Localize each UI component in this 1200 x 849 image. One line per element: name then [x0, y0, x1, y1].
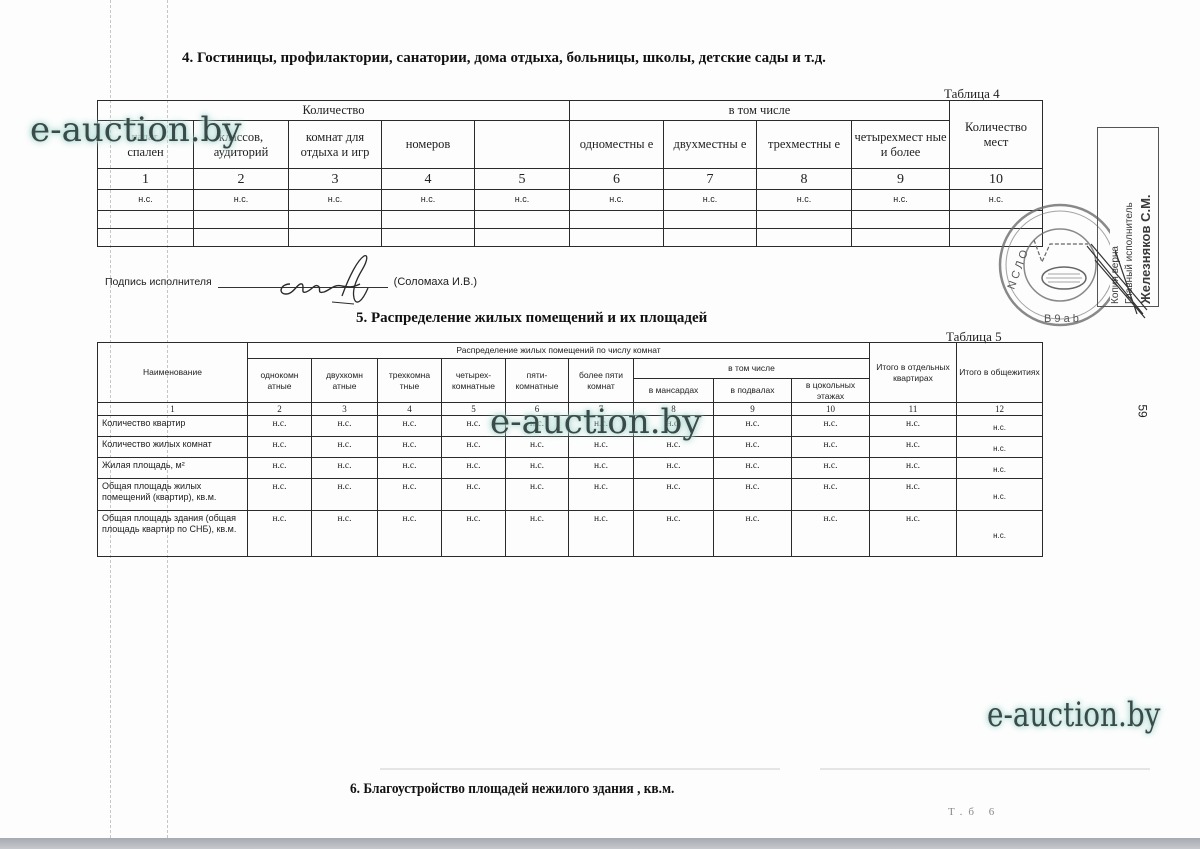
scanned-document-page: 4. Гостиницы, профилактории, санатории, …: [0, 0, 1200, 838]
table-cell: н.с.: [714, 458, 792, 479]
section-6-title: 6. Благоустройство площадей нежилого зда…: [350, 781, 674, 798]
col-number: 3: [289, 169, 382, 190]
table-5: Наименование Распределение жилых помещен…: [97, 342, 1043, 557]
table-cell: н.с.: [312, 416, 378, 437]
table-cell: н.с.: [957, 511, 1043, 557]
table-cell: [475, 211, 570, 229]
svg-text:B 9 a b: B 9 a b: [1044, 313, 1079, 325]
table-cell: н.с.: [870, 416, 957, 437]
table-cell: н.с.: [194, 190, 289, 211]
header-name: Наименование: [98, 343, 248, 403]
table-cell: н.с.: [312, 458, 378, 479]
col-number: 9: [852, 169, 950, 190]
table-cell: н.с.: [442, 479, 506, 511]
table-cell: н.с.: [506, 511, 569, 557]
header-col8-attics: в мансардах: [634, 379, 714, 403]
table-cell: н.с.: [248, 511, 312, 557]
svg-text:N С Л О: N С Л О: [1006, 248, 1031, 291]
table-cell: н.с.: [957, 416, 1043, 437]
table-cell: н.с.: [757, 190, 852, 211]
header-col6-five-room: пяти- комнатные: [506, 359, 569, 403]
page-number: 59: [1136, 404, 1150, 417]
section-5-title: 5. Распределение жилых помещений и их пл…: [356, 310, 707, 327]
table-cell: н.с.: [957, 437, 1043, 458]
col-number: 1: [98, 403, 248, 416]
table-cell: [570, 211, 664, 229]
signature-name: (Соломаха И.В.): [394, 276, 477, 288]
header-col8-triple: трехместны е: [757, 121, 852, 169]
header-col2-one-room: однокомн атные: [248, 359, 312, 403]
table-cell: н.с.: [852, 190, 950, 211]
certification-signature-icon: [1085, 240, 1155, 320]
col-number: 9: [714, 403, 792, 416]
row-label: Общая площадь жилых помещений (квартир),…: [98, 479, 248, 511]
header-col7-double: двухместны е: [664, 121, 757, 169]
table-cell: н.с.: [714, 479, 792, 511]
col-number: 11: [870, 403, 957, 416]
header-including-group: в том числе: [570, 101, 950, 121]
header-including-group: в том числе: [634, 359, 870, 379]
table-cell: [382, 211, 475, 229]
table-cell: н.с.: [792, 511, 870, 557]
table-cell: [194, 211, 289, 229]
table-cell: н.с.: [570, 190, 664, 211]
table-6-caption-partial: Т.б 6: [948, 806, 1000, 818]
table-cell: н.с.: [569, 458, 634, 479]
header-col9-quad-plus: четырехмест ные и более: [852, 121, 950, 169]
table-cell: н.с.: [634, 511, 714, 557]
table-cell: н.с.: [634, 458, 714, 479]
table-cell: н.с.: [569, 479, 634, 511]
table-cell: н.с.: [792, 437, 870, 458]
table-cell: н.с.: [957, 458, 1043, 479]
col-number: 6: [570, 169, 664, 190]
table-cell: [194, 229, 289, 247]
table-cell: [757, 211, 852, 229]
table-row: Общая площадь здания (общая площадь квар…: [98, 511, 1043, 557]
table-cell: н.с.: [870, 479, 957, 511]
table-cell: н.с.: [312, 479, 378, 511]
table-cell: н.с.: [312, 437, 378, 458]
table-cell: [664, 229, 757, 247]
col-number: 12: [957, 403, 1043, 416]
table-cell: н.с.: [870, 511, 957, 557]
header-col10-places: Количество мест: [950, 101, 1043, 169]
table-cell: н.с.: [378, 437, 442, 458]
table-cell: н.с.: [248, 437, 312, 458]
col-number: 2: [248, 403, 312, 416]
header-col9-basements: в подвалах: [714, 379, 792, 403]
col-number: 3: [312, 403, 378, 416]
row-label: Жилая площадь, м²: [98, 458, 248, 479]
table-cell: [98, 229, 194, 247]
table-cell: н.с.: [442, 458, 506, 479]
table-4-column-numbers: 1 2 3 4 5 6 7 8 9 10: [98, 169, 1043, 190]
row-label: Общая площадь здания (общая площадь квар…: [98, 511, 248, 557]
header-col3-two-room: двухкомн атные: [312, 359, 378, 403]
table-cell: н.с.: [714, 416, 792, 437]
table-cell: н.с.: [378, 416, 442, 437]
col-number: 5: [475, 169, 570, 190]
watermark: e-auction.by: [30, 110, 242, 150]
table-row: Жилая площадь, м²н.с.н.с.н.с.н.с.н.с.н.с…: [98, 458, 1043, 479]
header-col3-rest-rooms: комнат для отдыха и игр: [289, 121, 382, 169]
table-cell: [664, 211, 757, 229]
handwritten-signature-icon: [272, 254, 382, 314]
table-cell: [382, 229, 475, 247]
table-cell: н.с.: [506, 479, 569, 511]
table-cell: н.с.: [714, 437, 792, 458]
section-4-title: 4. Гостиницы, профилактории, санатории, …: [182, 50, 826, 67]
header-col4-suites: номеров: [382, 121, 475, 169]
header-col12-total-dormitories: Итого в общежитиях: [957, 343, 1043, 403]
table-cell: н.с.: [569, 511, 634, 557]
table-cell: [289, 229, 382, 247]
header-col6-single: одноместны е: [570, 121, 664, 169]
col-number: 10: [792, 403, 870, 416]
table-cell: [757, 229, 852, 247]
row-label: Количество квартир: [98, 416, 248, 437]
table-cell: н.с.: [870, 437, 957, 458]
table-row: н.с. н.с. н.с. н.с. н.с. н.с. н.с. н.с. …: [98, 190, 1043, 211]
table-cell: [570, 229, 664, 247]
table-cell: н.с.: [792, 479, 870, 511]
col-number: 2: [194, 169, 289, 190]
header-col5-empty: [475, 121, 570, 169]
col-number: 10: [950, 169, 1043, 190]
table-cell: н.с.: [378, 458, 442, 479]
col-number: 7: [664, 169, 757, 190]
scan-noise: [820, 768, 1150, 770]
table-cell: н.с.: [870, 458, 957, 479]
table-cell: [852, 211, 950, 229]
col-number: 4: [382, 169, 475, 190]
table-cell: н.с.: [289, 190, 382, 211]
table-cell: н.с.: [382, 190, 475, 211]
table-cell: [852, 229, 950, 247]
watermark: e-auction.by: [987, 695, 1160, 735]
table-row: [98, 229, 1043, 247]
table-cell: н.с.: [664, 190, 757, 211]
table-cell: н.с.: [792, 458, 870, 479]
table-cell: н.с.: [378, 479, 442, 511]
header-col4-three-room: трехкомна тные: [378, 359, 442, 403]
scan-noise: [380, 768, 780, 770]
table-cell: н.с.: [442, 511, 506, 557]
table-cell: н.с.: [792, 416, 870, 437]
table-cell: н.с.: [714, 511, 792, 557]
col-number: 8: [757, 169, 852, 190]
table-cell: н.с.: [957, 479, 1043, 511]
table-cell: [475, 229, 570, 247]
watermark: e-auction.by: [490, 402, 702, 442]
header-col10-ground-floors: в цокольных этажах: [792, 379, 870, 403]
table-cell: н.с.: [248, 416, 312, 437]
table-cell: н.с.: [378, 511, 442, 557]
table-cell: [98, 211, 194, 229]
table-cell: н.с.: [475, 190, 570, 211]
header-col5-four-room: четырех- комнатные: [442, 359, 506, 403]
scanner-bed-edge: [0, 838, 1200, 849]
col-number: 4: [378, 403, 442, 416]
table-cell: н.с.: [98, 190, 194, 211]
table-cell: н.с.: [248, 479, 312, 511]
table-row: [98, 211, 1043, 229]
table-cell: [289, 211, 382, 229]
header-distribution-group: Распределение жилых помещений по числу к…: [248, 343, 870, 359]
row-label: Количество жилых комнат: [98, 437, 248, 458]
signature-label: Подпись исполнителя: [105, 276, 212, 288]
header-col7-more-than-five: более пяти комнат: [569, 359, 634, 403]
col-number: 1: [98, 169, 194, 190]
table-cell: н.с.: [248, 458, 312, 479]
table-cell: н.с.: [506, 458, 569, 479]
table-row: Общая площадь жилых помещений (квартир),…: [98, 479, 1043, 511]
table-cell: н.с.: [312, 511, 378, 557]
table-cell: н.с.: [634, 479, 714, 511]
header-col11-total-apartments: Итого в отдельных квартирах: [870, 343, 957, 403]
